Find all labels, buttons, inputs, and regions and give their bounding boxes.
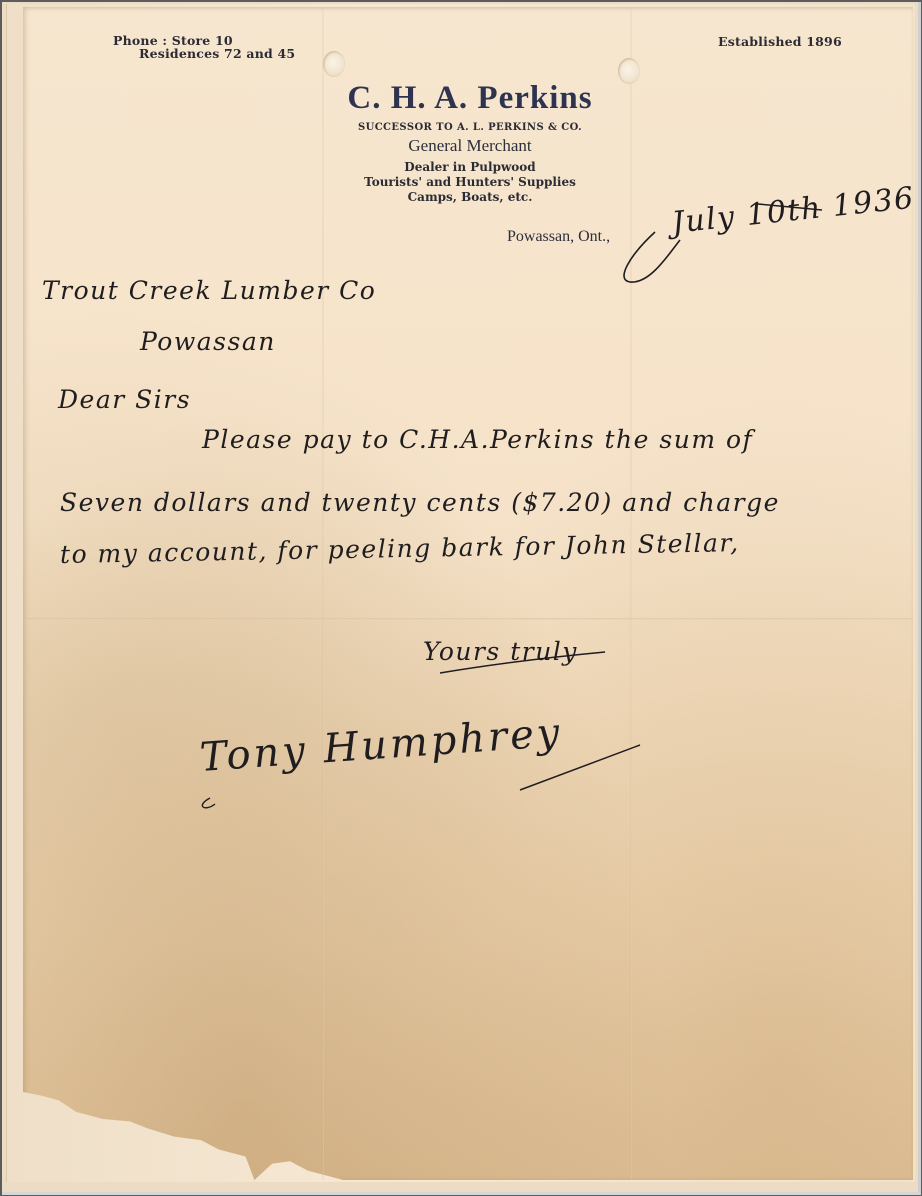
fold-crease-horizontal (23, 618, 913, 620)
service-line: Dealer in Pulpwood (404, 160, 535, 174)
fold-crease-vertical (322, 7, 324, 1180)
punch-hole (618, 58, 640, 84)
phone-residences: Residences 72 and 45 (139, 46, 295, 61)
service-line: Tourists' and Hunters' Supplies (364, 175, 576, 189)
successor-line: SUCCESSOR TO A. L. PERKINS & CO. (358, 122, 582, 133)
body-line: Seven dollars and twenty cents ($7.20) a… (60, 488, 780, 517)
company-name: C. H. A. Perkins (347, 80, 592, 117)
place-line: Powassan, Ont., (507, 228, 610, 246)
salutation: Dear Sirs (58, 385, 191, 414)
established-year: Established 1896 (718, 34, 842, 49)
business-type: General Merchant (408, 136, 531, 156)
closing: Yours truly (423, 637, 578, 666)
body-line: Please pay to C.H.A.Perkins the sum of (202, 425, 753, 454)
recipient-location: Powassan (140, 327, 276, 356)
fold-crease-vertical (630, 7, 632, 1180)
punch-hole (323, 51, 345, 77)
recipient-name: Trout Creek Lumber Co (42, 276, 376, 305)
service-line: Camps, Boats, etc. (408, 190, 533, 204)
